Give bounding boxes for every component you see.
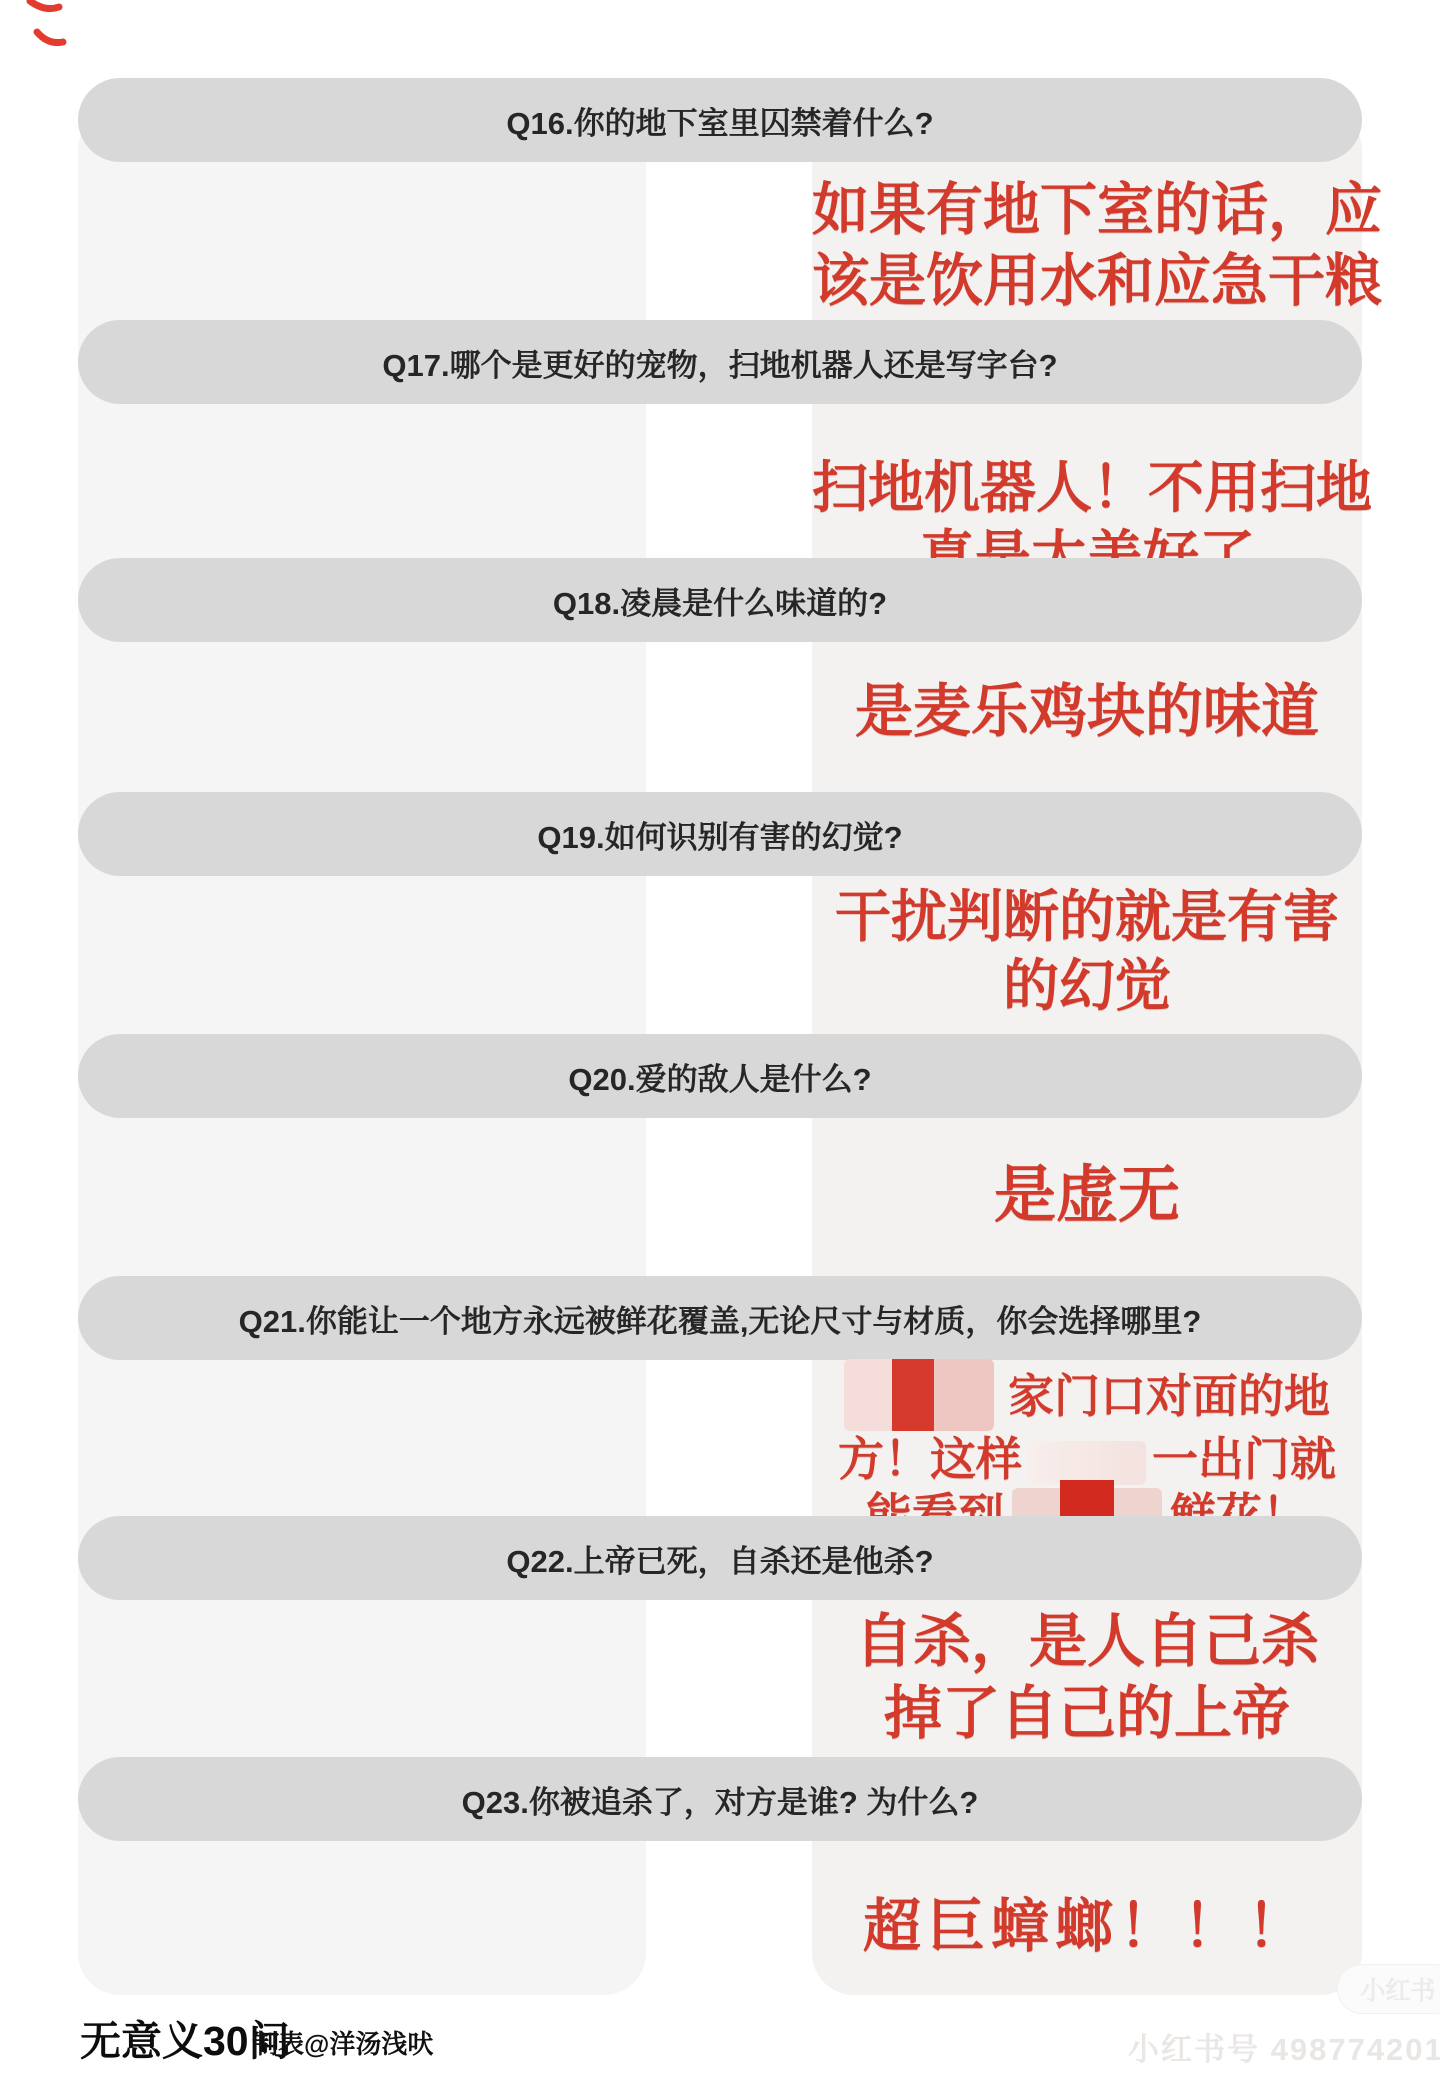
answer-line: 干扰判断的就是有害	[812, 882, 1362, 951]
answer-text: 是虚无	[812, 1158, 1362, 1235]
answer-line: 自杀，是人自己杀	[812, 1606, 1362, 1678]
answer-line: 的幻觉	[812, 951, 1362, 1020]
qa-section: Q20.爱的敌人是什么? 是虚无	[78, 1034, 1362, 1274]
answer-segment: 超巨蟑螂！！！	[863, 1894, 1311, 1959]
answer-segment: 扫地机器人！不用扫地	[812, 456, 1372, 519]
qa-section: Q21.你能让一个地方永远被鲜花覆盖,无论尺寸与材质，你会选择哪里? 家门口对面…	[78, 1276, 1362, 1516]
answer-segment: 自杀，是人自己杀	[855, 1609, 1319, 1674]
question-text: Q20.爱的敌人是什么?	[568, 1054, 871, 1099]
question-text: Q16.你的地下室里囚禁着什么?	[506, 98, 933, 143]
answer-text: 自杀，是人自己杀掉了自己的上帝	[812, 1606, 1362, 1750]
poster-canvas: Q16.你的地下室里囚禁着什么? 如果有地下室的话，应该是饮用水和应急干粮 Q1…	[0, 0, 1440, 2080]
answer-segment: 如果有地下室的话，应	[812, 178, 1382, 242]
xiaohongshu-badge: 小红书	[1337, 1964, 1440, 2014]
question-bar: Q16.你的地下室里囚禁着什么?	[78, 78, 1362, 162]
answer-text: 干扰判断的就是有害的幻觉	[812, 882, 1362, 1021]
answer-line: 如果有地下室的话，应	[812, 175, 1362, 246]
question-text: Q17.哪个是更好的宠物，扫地机器人还是写字台?	[382, 340, 1057, 385]
answer-segment: 的幻觉	[1003, 954, 1171, 1017]
censor-patch	[1028, 1441, 1146, 1485]
qa-section: Q16.你的地下室里囚禁着什么? 如果有地下室的话，应该是饮用水和应急干粮	[78, 78, 1362, 318]
answer-segment: 干扰判断的就是有害	[835, 885, 1339, 948]
qa-section: Q17.哪个是更好的宠物，扫地机器人还是写字台? 扫地机器人！不用扫地真是太美好…	[78, 320, 1362, 560]
answer-text: 是麦乐鸡块的味道	[812, 676, 1362, 748]
question-bar: Q20.爱的敌人是什么?	[78, 1034, 1362, 1118]
answer-line: 家门口对面的地	[812, 1368, 1362, 1431]
xiaohongshu-badge-label: 小红书	[1360, 1971, 1435, 2007]
answer-segment: 是虚无	[994, 1161, 1180, 1230]
answer-segment: 掉了自己的上帝	[884, 1681, 1290, 1746]
question-bar: Q23.你被追杀了，对方是谁? 为什么?	[78, 1757, 1362, 1841]
answer-text: 超巨蟑螂！！！	[812, 1891, 1362, 1963]
answer-line: 扫地机器人！不用扫地	[812, 453, 1362, 522]
qa-section: Q22.上帝已死，自杀还是他杀? 自杀，是人自己杀掉了自己的上帝	[78, 1516, 1362, 1756]
answer-line: 该是饮用水和应急干粮	[812, 246, 1362, 317]
answer-line: 方！这样一出门就	[812, 1431, 1362, 1487]
answer-line: 是麦乐鸡块的味道	[812, 676, 1362, 748]
question-text: Q22.上帝已死，自杀还是他杀?	[506, 1536, 933, 1581]
answer-segment: 一出门就	[1152, 1433, 1336, 1485]
qa-section: Q18.凌晨是什么味道的? 是麦乐鸡块的味道	[78, 558, 1362, 798]
qa-section: Q19.如何识别有害的幻觉? 干扰判断的就是有害的幻觉	[78, 792, 1362, 1032]
answer-segment: 方！这样	[838, 1433, 1022, 1485]
question-bar: Q21.你能让一个地方永远被鲜花覆盖,无论尺寸与材质，你会选择哪里?	[78, 1276, 1362, 1360]
question-text: Q23.你被追杀了，对方是谁? 为什么?	[462, 1777, 979, 1822]
answer-text: 如果有地下室的话，应该是饮用水和应急干粮	[812, 175, 1362, 316]
question-text: Q21.你能让一个地方永远被鲜花覆盖,无论尺寸与材质，你会选择哪里?	[239, 1296, 1202, 1341]
question-text: Q19.如何识别有害的幻觉?	[537, 812, 902, 857]
question-bar: Q18.凌晨是什么味道的?	[78, 558, 1362, 642]
answer-segment: 家门口对面的地	[1008, 1370, 1330, 1422]
answer-segment: 是麦乐鸡块的味道	[855, 679, 1319, 744]
answer-line: 是虚无	[812, 1158, 1362, 1235]
question-bar: Q17.哪个是更好的宠物，扫地机器人还是写字台?	[78, 320, 1362, 404]
censor-patch	[844, 1359, 994, 1431]
question-bar: Q19.如何识别有害的幻觉?	[78, 792, 1362, 876]
question-text: Q18.凌晨是什么味道的?	[553, 578, 887, 623]
answer-line: 掉了自己的上帝	[812, 1678, 1362, 1750]
answer-segment: 该是饮用水和应急干粮	[812, 249, 1382, 313]
red-scribble-icon	[22, 0, 78, 67]
question-bar: Q22.上帝已死，自杀还是他杀?	[78, 1516, 1362, 1600]
qa-section: Q23.你被追杀了，对方是谁? 为什么? 超巨蟑螂！！！	[78, 1757, 1362, 1997]
watermark-account-id: 小红书号 4987742014	[1128, 2024, 1440, 2069]
footer-credit: 制表@洋汤浅吠	[252, 2024, 433, 2061]
answer-line: 超巨蟑螂！！！	[812, 1891, 1362, 1963]
